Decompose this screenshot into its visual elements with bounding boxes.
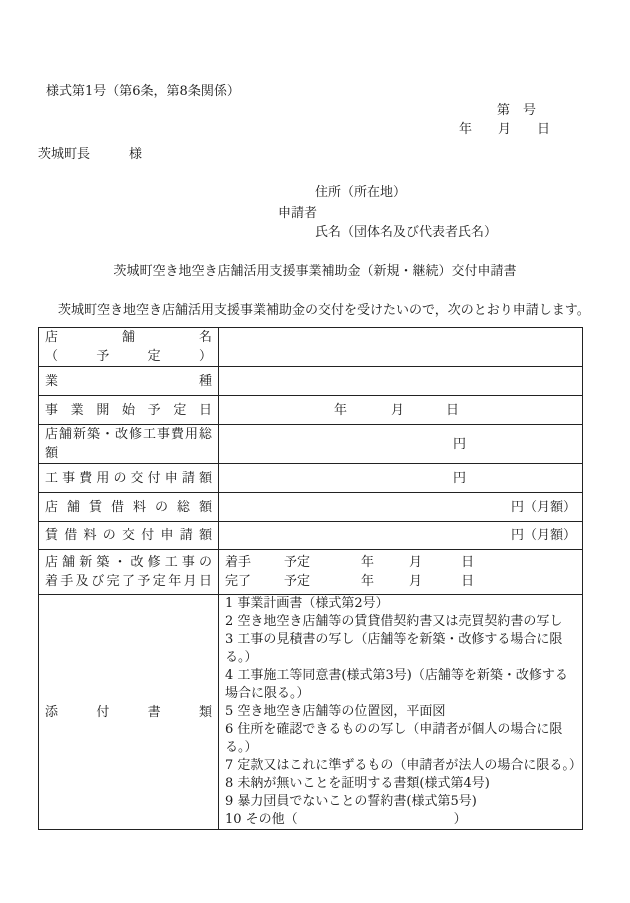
- construction-total-label: 店舗新築・改修工事費用総額: [45, 425, 212, 463]
- attachment-item-8: 8 未納が無いことを証明する書類(様式第4号): [225, 775, 576, 793]
- attachment-item-10: 10 その他（ ）: [225, 811, 576, 829]
- business-type-value-cell: [219, 367, 583, 396]
- schedule-end-month-unit: 月: [409, 574, 422, 589]
- rent-request-value-cell: 円（月額）: [219, 522, 583, 550]
- attachment-item-3: 3 工事の見積書の写し（店舗等を新築・改修する場合に限る。）: [225, 631, 576, 667]
- attachments-label: 添付書類: [45, 703, 212, 722]
- application-form-table: 店舗名 （予定） 業種 事業開始予定日 年月日 店舗新築・改修工事費用総額: [38, 327, 583, 830]
- schedule-end-line: 完了予定年月日: [225, 572, 576, 591]
- schedule-label-cell: 店舗新築・改修工事の 着手及び完了予定年月日: [39, 550, 219, 595]
- document-title: 茨城町空き地空き店舗活用支援事業補助金（新規・継続）交付申請書: [38, 262, 592, 281]
- date-line: 年 月 日: [38, 120, 592, 139]
- applicant-name-label: 氏名（団体名及び代表者氏名）: [315, 223, 592, 242]
- shop-name-label-line2: （予定）: [45, 347, 212, 366]
- shop-name-value-cell: [219, 328, 583, 367]
- document-number-line: 第 号: [38, 101, 592, 120]
- schedule-start-year-unit: 年: [361, 555, 374, 570]
- row-business-type: 業種: [39, 367, 583, 396]
- row-shop-name: 店舗名 （予定）: [39, 328, 583, 367]
- row-rent-total: 店舗賃借料の総額 円（月額）: [39, 493, 583, 522]
- schedule-end-plan: 予定: [284, 574, 310, 589]
- attachment-item-5: 5 空き地空き店舗等の位置図，平面図: [225, 703, 576, 721]
- business-type-label-cell: 業種: [39, 367, 219, 396]
- construction-total-unit: 円: [453, 437, 466, 452]
- construction-request-label-cell: 工事費用の交付申請額: [39, 464, 219, 493]
- addressee-line: 茨城町長 様: [38, 145, 592, 164]
- shop-name-label-cell: 店舗名 （予定）: [39, 328, 219, 367]
- applicant-address-label: 住所（所在地）: [315, 183, 592, 202]
- row-construction-request: 工事費用の交付申請額 円: [39, 464, 583, 493]
- applicant-label: 申請者: [278, 204, 592, 223]
- construction-total-label-cell: 店舗新築・改修工事費用総額: [39, 425, 219, 464]
- schedule-end-head: 完了: [225, 574, 251, 589]
- attachment-item-7: 7 定款又はこれに準ずるもの（申請者が法人の場合に限る。）: [225, 757, 576, 775]
- attachment-item-4: 4 工事施工等同意書(様式第3号)（店舗等を新築・改修する場合に限る。）: [225, 667, 576, 703]
- start-date-value-cell: 年月日: [219, 396, 583, 425]
- construction-request-value-cell: 円: [219, 464, 583, 493]
- schedule-label-line1: 店舗新築・改修工事の: [45, 553, 212, 572]
- rent-total-value-cell: 円（月額）: [219, 493, 583, 522]
- schedule-start-head: 着手: [225, 555, 251, 570]
- rent-request-unit: 円（月額）: [511, 528, 576, 543]
- row-attachments: 添付書類 1 事業計画書（様式第2号） 2 空き地空き店舗等の賃貸借契約書又は売…: [39, 595, 583, 830]
- attachment-item-9: 9 暴力団員でないことの誓約書(様式第5号): [225, 793, 576, 811]
- start-date-day-unit: 日: [446, 403, 459, 418]
- construction-request-label: 工事費用の交付申請額: [45, 469, 212, 488]
- attachments-label-cell: 添付書類: [39, 595, 219, 830]
- shop-name-label-line1: 店舗名: [45, 328, 212, 347]
- start-date-label-cell: 事業開始予定日: [39, 396, 219, 425]
- rent-request-label-cell: 賃借料の交付申請額: [39, 522, 219, 550]
- rent-total-label: 店舗賃借料の総額: [45, 498, 212, 517]
- schedule-end-year-unit: 年: [361, 574, 374, 589]
- schedule-start-month-unit: 月: [409, 555, 422, 570]
- construction-total-value-cell: 円: [219, 425, 583, 464]
- schedule-end-day-unit: 日: [461, 574, 474, 589]
- rent-total-label-cell: 店舗賃借料の総額: [39, 493, 219, 522]
- schedule-label-line2: 着手及び完了予定年月日: [45, 572, 212, 591]
- business-type-label: 業種: [45, 372, 212, 391]
- schedule-value-cell: 着手予定年月日 完了予定年月日: [219, 550, 583, 595]
- attachment-item-6: 6 住所を確認できるものの写し（申請者が個人の場合に限る。）: [225, 721, 576, 757]
- attachment-item-1: 1 事業計画書（様式第2号）: [225, 595, 576, 613]
- construction-request-unit: 円: [453, 471, 466, 486]
- row-schedule: 店舗新築・改修工事の 着手及び完了予定年月日 着手予定年月日 完了予定年月日: [39, 550, 583, 595]
- schedule-start-line: 着手予定年月日: [225, 553, 576, 572]
- applicant-block: 住所（所在地） 申請者 氏名（団体名及び代表者氏名）: [38, 183, 592, 242]
- row-rent-request: 賃借料の交付申請額 円（月額）: [39, 522, 583, 550]
- row-construction-total: 店舗新築・改修工事費用総額 円: [39, 425, 583, 464]
- start-date-label: 事業開始予定日: [45, 401, 212, 420]
- schedule-start-plan: 予定: [284, 555, 310, 570]
- intro-sentence: 茨城町空き地空き店舗活用支援事業補助金の交付を受けたいので，次のとおり申請します…: [38, 301, 592, 320]
- form-number-note: 様式第1号（第6条，第8条関係）: [38, 82, 592, 101]
- attachment-item-2: 2 空き地空き店舗等の賃貸借契約書又は売買契約書の写し: [225, 613, 576, 631]
- rent-total-unit: 円（月額）: [511, 500, 576, 515]
- document-page: 様式第1号（第6条，第8条関係） 第 号 年 月 日 茨城町長 様 住所（所在地…: [0, 0, 630, 903]
- start-date-year-unit: 年: [334, 403, 347, 418]
- start-date-month-unit: 月: [391, 403, 404, 418]
- schedule-start-day-unit: 日: [461, 555, 474, 570]
- row-start-date: 事業開始予定日 年月日: [39, 396, 583, 425]
- attachments-value-cell: 1 事業計画書（様式第2号） 2 空き地空き店舗等の賃貸借契約書又は売買契約書の…: [219, 595, 583, 830]
- rent-request-label: 賃借料の交付申請額: [45, 526, 212, 545]
